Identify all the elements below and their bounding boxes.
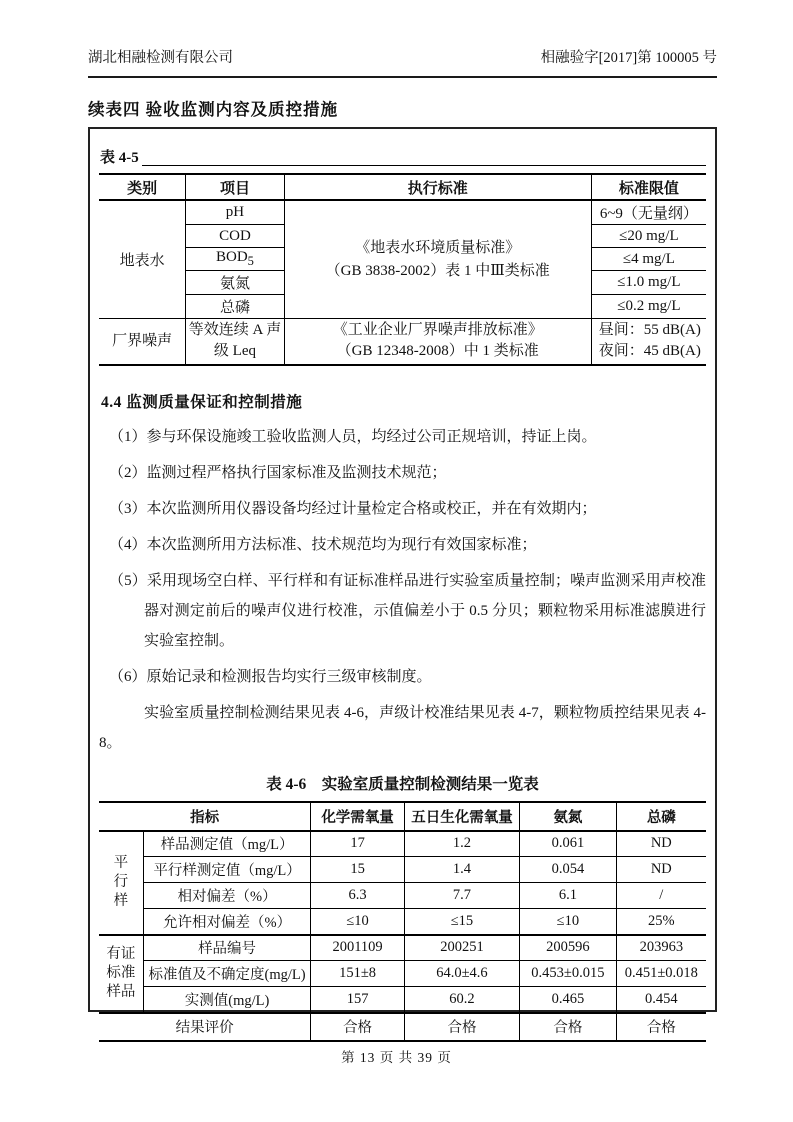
col-header-bod: 五日生化需氧量: [404, 802, 519, 831]
col-header-cod: 化学需氧量: [311, 802, 404, 831]
row-label: 样品编号: [143, 935, 311, 961]
limit-night: 夜间：45 dB(A): [599, 341, 704, 362]
group-parallel-sample: 平 行 样: [99, 831, 143, 935]
cell-value: 0.054: [520, 857, 617, 883]
cell-value: ≤10: [520, 909, 617, 935]
section-4-4-closing: 实验室质量控制检测结果见表 4-6，声级计校准结果见表 4-7，颗粒物质控结果见…: [99, 698, 706, 758]
cell-value: 6.3: [311, 883, 404, 909]
bod-subscript: 5: [248, 254, 254, 268]
table-4-5-caption: 表 4-5: [99, 143, 706, 167]
standard-line: 《地表水环境质量标准》: [287, 237, 589, 260]
page-header: 湖北相融检测有限公司 相融验字[2017]第 100005 号: [88, 46, 717, 78]
qa-item-5: （5）采用现场空白样、平行样和有证标准样品进行实验室质量控制；噪声监测采用声校准…: [99, 566, 706, 656]
col-header-limit: 标准限值: [591, 174, 706, 200]
group-label-line: 有证: [101, 945, 141, 964]
cell-value: 0.454: [616, 987, 706, 1013]
bod-label: BOD: [216, 249, 248, 265]
col-header-indicator: 指标: [99, 802, 311, 831]
cell-value: 157: [311, 987, 404, 1013]
table-row: 允许相对偏差（%） ≤10 ≤15 ≤10 25%: [99, 909, 706, 935]
row-label: 相对偏差（%）: [143, 883, 311, 909]
table-4-5-caption-label: 表 4-5: [99, 146, 139, 167]
cell-value: 151±8: [311, 961, 404, 987]
cell-value: 0.465: [520, 987, 617, 1013]
row-label: 实测值(mg/L): [143, 987, 311, 1013]
category-noise: 厂界噪声: [99, 319, 186, 365]
result-evaluation-row: 结果评价 合格 合格 合格 合格: [99, 1013, 706, 1041]
row-label-result: 结果评价: [99, 1013, 311, 1041]
cell-value: 2001109: [311, 935, 404, 961]
cell-value: ≤10: [311, 909, 404, 935]
item-cod: COD: [186, 225, 284, 248]
limit-ph: 6~9（无量纲）: [591, 200, 706, 225]
cell-value: 200596: [520, 935, 617, 961]
cell-value: ≤15: [404, 909, 519, 935]
limit-cod: ≤20 mg/L: [591, 225, 706, 248]
cell-value: 17: [311, 831, 404, 857]
table-row: 有证 标准 样品 样品编号 2001109 200251 200596 2039…: [99, 935, 706, 961]
item-bod5: BOD5: [186, 248, 284, 271]
table-4-6-title: 表 4-6 实验室质量控制检测结果一览表: [99, 772, 706, 794]
table-row: 平 行 样 样品测定值（mg/L） 17 1.2 0.061 ND: [99, 831, 706, 857]
table-row: 平行样测定值（mg/L） 15 1.4 0.054 ND: [99, 857, 706, 883]
cell-value: 7.7: [404, 883, 519, 909]
cell-value: 0.451±0.018: [616, 961, 706, 987]
group-label-line: 行: [101, 873, 141, 892]
cell-value: 25%: [616, 909, 706, 935]
cell-value: 60.2: [404, 987, 519, 1013]
surface-water-standard: 《地表水环境质量标准》 （GB 3838-2002）表 1 中Ⅲ类标准: [284, 200, 591, 319]
qa-item-4: （4）本次监测所用方法标准、技术规范均为现行有效国家标准；: [99, 530, 706, 560]
qa-item-3: （3）本次监测所用仪器设备均经过计量检定合格或校正，并在有效期内；: [99, 494, 706, 524]
cell-value: 合格: [404, 1013, 519, 1041]
cell-value: 合格: [520, 1013, 617, 1041]
cell-value: 0.061: [520, 831, 617, 857]
table-row: 标准值及不确定度(mg/L) 151±8 64.0±4.6 0.453±0.01…: [99, 961, 706, 987]
col-header-standard: 执行标准: [284, 174, 591, 200]
cell-value: 203963: [616, 935, 706, 961]
table-row: 实测值(mg/L) 157 60.2 0.465 0.454: [99, 987, 706, 1013]
cell-value: 15: [311, 857, 404, 883]
group-label-line: 平: [101, 854, 141, 873]
cell-value: 64.0±4.6: [404, 961, 519, 987]
col-header-category: 类别: [99, 174, 186, 200]
group-label-line: 样品: [101, 983, 141, 1002]
item-tp: 总磷: [186, 295, 284, 319]
standard-line: （GB 12348-2008）中 1 类标准: [287, 341, 589, 362]
qa-item-2: （2）监测过程严格执行国家标准及监测技术规范；: [99, 458, 706, 488]
cell-value: 1.2: [404, 831, 519, 857]
standard-line: （GB 3838-2002）表 1 中Ⅲ类标准: [287, 260, 589, 283]
cell-value: 合格: [311, 1013, 404, 1041]
row-label: 样品测定值（mg/L）: [143, 831, 311, 857]
table-row: 相对偏差（%） 6.3 7.7 6.1 /: [99, 883, 706, 909]
row-label: 允许相对偏差（%）: [143, 909, 311, 935]
table-row-noise: 厂界噪声 等效连续 A 声 级 Leq 《工业企业厂界噪声排放标准》 （GB 1…: [99, 319, 706, 365]
item-ph: pH: [186, 200, 284, 225]
cell-value: 0.453±0.015: [520, 961, 617, 987]
cell-value: 200251: [404, 935, 519, 961]
limit-day: 昼间：55 dB(A): [599, 320, 704, 341]
noise-item-line: 等效连续 A 声: [188, 320, 281, 341]
col-header-item: 项目: [186, 174, 284, 200]
cell-value: ND: [616, 857, 706, 883]
company-name: 湖北相融检测有限公司: [88, 46, 233, 67]
cell-value: 合格: [616, 1013, 706, 1041]
group-label-line: 样: [101, 892, 141, 911]
noise-item-line: 级 Leq: [188, 341, 281, 362]
table-row: 地表水 pH 《地表水环境质量标准》 （GB 3838-2002）表 1 中Ⅲ类…: [99, 200, 706, 225]
cell-value: /: [616, 883, 706, 909]
cell-value: 6.1: [520, 883, 617, 909]
group-certified-sample: 有证 标准 样品: [99, 935, 143, 1013]
qa-item-1: （1）参与环保设施竣工验收监测人员，均经过公司正规培训，持证上岗。: [99, 422, 706, 452]
table-4-6: 指标 化学需氧量 五日生化需氧量 氨氮 总磷 平 行 样 样品测定值（mg/L）…: [99, 801, 706, 1042]
content-box: 表 4-5 类别 项目 执行标准 标准限值 地表水 pH: [88, 127, 717, 1012]
standard-line: 《工业企业厂界噪声排放标准》: [287, 320, 589, 341]
table-4-5: 类别 项目 执行标准 标准限值 地表水 pH 《地表水环境质量标准》 （GB 3…: [99, 173, 706, 366]
qa-item-6: （6）原始记录和检测报告均实行三级审核制度。: [99, 662, 706, 692]
doc-title: 续表四 验收监测内容及质控措施: [88, 96, 338, 120]
col-header-nh3n: 氨氮: [520, 802, 617, 831]
table-4-5-header-row: 类别 项目 执行标准 标准限值: [99, 174, 706, 200]
caption-rule: [142, 165, 706, 166]
report-number: 相融验字[2017]第 100005 号: [541, 46, 717, 67]
limit-bod5: ≤4 mg/L: [591, 248, 706, 271]
limit-nh3n: ≤1.0 mg/L: [591, 271, 706, 295]
row-label: 平行样测定值（mg/L）: [143, 857, 311, 883]
col-header-tp: 总磷: [616, 802, 706, 831]
page-number: 第 13 页 共 39 页: [0, 1046, 793, 1066]
group-label-line: 标准: [101, 964, 141, 983]
limit-tp: ≤0.2 mg/L: [591, 295, 706, 319]
cell-value: ND: [616, 831, 706, 857]
report-page: 湖北相融检测有限公司 相融验字[2017]第 100005 号 续表四 验收监测…: [0, 0, 793, 1122]
category-surface-water: 地表水: [99, 200, 186, 319]
item-nh3n: 氨氮: [186, 271, 284, 295]
table-4-6-header-row: 指标 化学需氧量 五日生化需氧量 氨氮 总磷: [99, 802, 706, 831]
noise-limit: 昼间：55 dB(A) 夜间：45 dB(A): [591, 319, 706, 365]
noise-standard: 《工业企业厂界噪声排放标准》 （GB 12348-2008）中 1 类标准: [284, 319, 591, 365]
item-noise: 等效连续 A 声 级 Leq: [186, 319, 284, 365]
row-label: 标准值及不确定度(mg/L): [143, 961, 311, 987]
section-4-4-heading: 4.4 监测质量保证和控制措施: [101, 390, 706, 412]
cell-value: 1.4: [404, 857, 519, 883]
